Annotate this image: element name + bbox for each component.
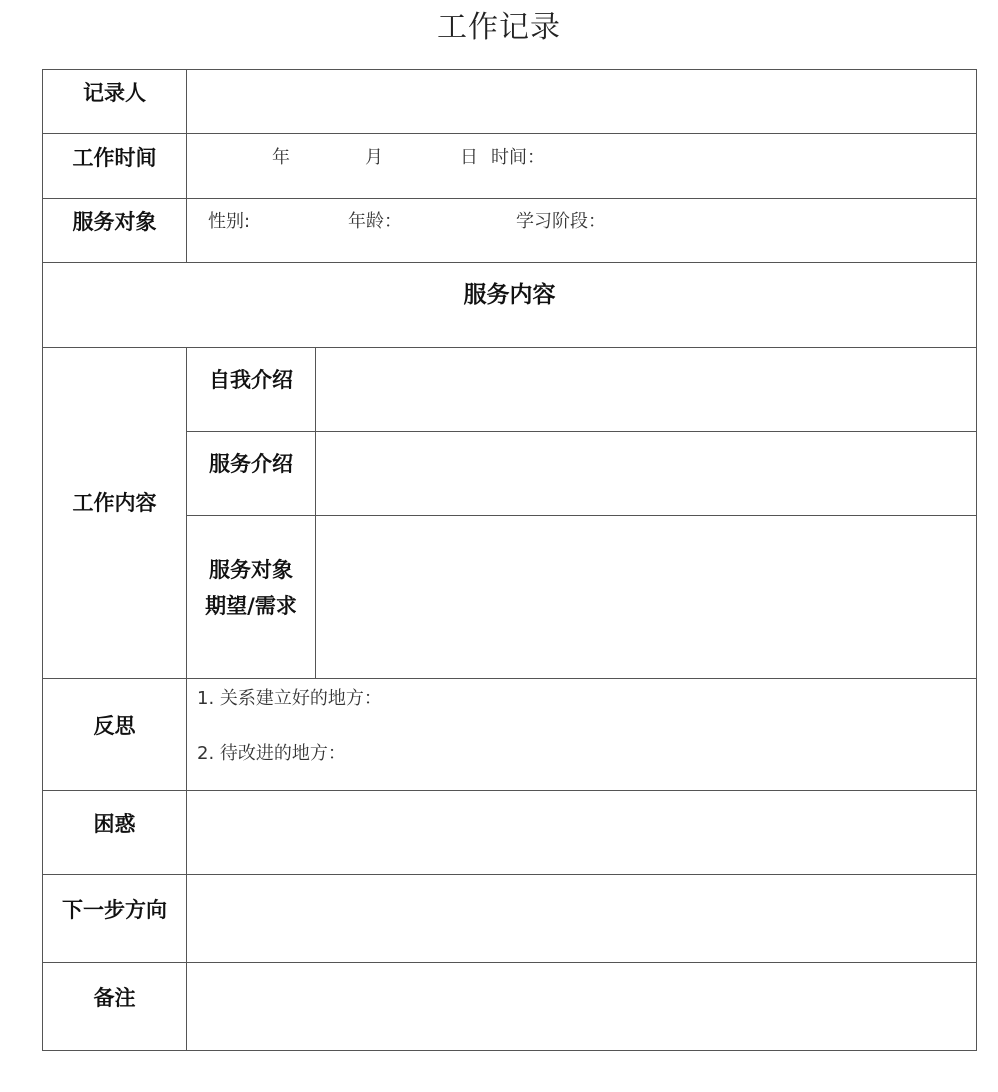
- next-steps-field[interactable]: [186, 874, 977, 963]
- confusion-label-cell: 困惑: [42, 790, 187, 875]
- service-intro-label-cell: 服务介绍: [186, 431, 316, 516]
- service-target-label: 服务对象: [43, 212, 186, 233]
- expectations-label-line1: 服务对象: [187, 552, 315, 588]
- service-content-heading-cell: 服务内容: [42, 262, 977, 348]
- remarks-label: 备注: [43, 988, 186, 1009]
- remarks-field[interactable]: [186, 962, 977, 1051]
- age-label: 年龄：: [348, 213, 402, 231]
- service-target-field[interactable]: 性别: 年龄： 学习阶段：: [186, 198, 977, 263]
- reflection-field[interactable]: 1. 关系建立好的地方： 2. 待改进的地方：: [186, 678, 977, 791]
- recorder-label: 记录人: [43, 83, 186, 104]
- expectations-field[interactable]: [315, 515, 977, 679]
- day-label: 日: [460, 149, 478, 167]
- work-content-label: 工作内容: [43, 493, 186, 514]
- time-label: 时间：: [491, 149, 545, 167]
- reflection-label: 反思: [43, 716, 186, 737]
- next-steps-label: 下一步方向: [43, 900, 186, 921]
- work-time-label-cell: 工作时间: [42, 133, 187, 199]
- recorder-label-cell: 记录人: [42, 69, 187, 134]
- work-content-label-cell: 工作内容: [42, 347, 187, 679]
- confusion-label: 困惑: [43, 814, 186, 835]
- year-label: 年: [272, 149, 290, 167]
- reflection-point-1: 1. 关系建立好的地方：: [197, 690, 382, 708]
- remarks-label-cell: 备注: [42, 962, 187, 1051]
- month-label: 月: [365, 149, 383, 167]
- gender-label: 性别:: [208, 213, 250, 231]
- expectations-label-cell: 服务对象 期望/需求: [186, 515, 316, 679]
- recorder-field[interactable]: [186, 69, 977, 134]
- expectations-label-line2: 期望/需求: [187, 588, 315, 624]
- reflection-label-cell: 反思: [42, 678, 187, 791]
- service-target-label-cell: 服务对象: [42, 198, 187, 263]
- work-time-label: 工作时间: [43, 148, 186, 169]
- reflection-point-2: 2. 待改进的地方：: [197, 745, 346, 763]
- work-time-field[interactable]: 年 月 日 时间：: [186, 133, 977, 199]
- service-intro-field[interactable]: [315, 431, 977, 516]
- study-stage-label: 学习阶段：: [516, 213, 606, 231]
- confusion-field[interactable]: [186, 790, 977, 875]
- self-intro-label: 自我介绍: [187, 370, 315, 391]
- self-intro-label-cell: 自我介绍: [186, 347, 316, 432]
- service-content-heading: 服务内容: [43, 284, 976, 307]
- work-record-form: 记录人 工作时间 年 月 日 时间： 服务对象 性别: 年龄： 学习阶段： 服务…: [0, 0, 998, 1092]
- service-intro-label: 服务介绍: [187, 454, 315, 475]
- self-intro-field[interactable]: [315, 347, 977, 432]
- next-steps-label-cell: 下一步方向: [42, 874, 187, 963]
